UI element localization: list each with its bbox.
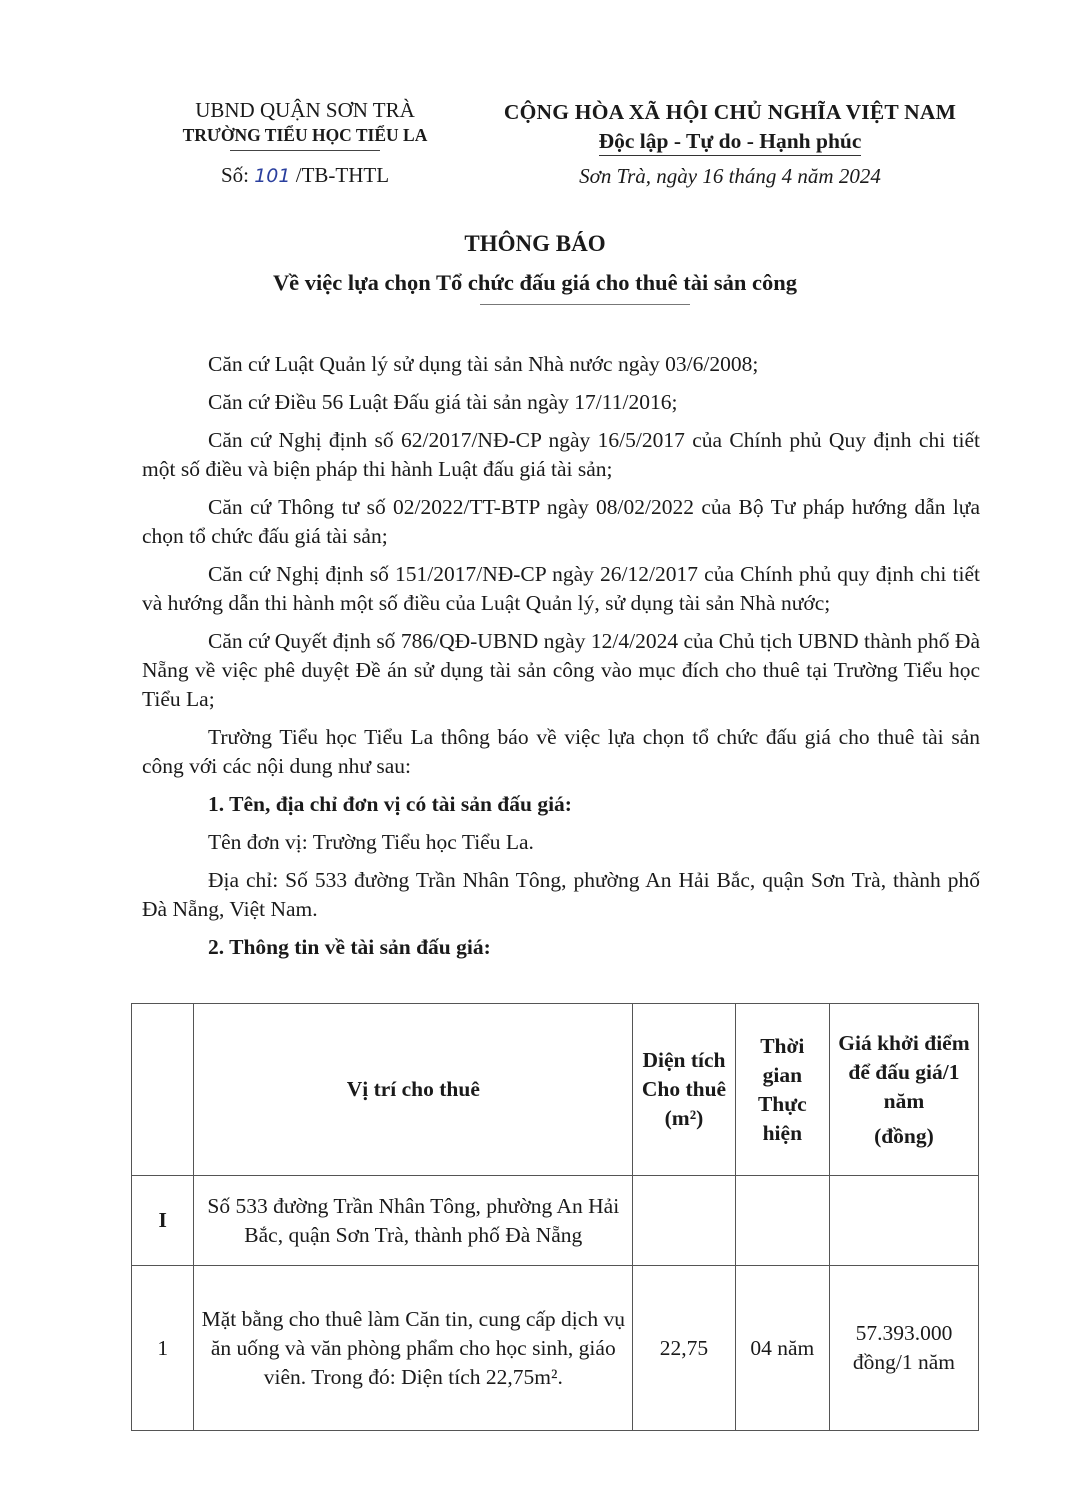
legal-basis-paragraph: Căn cứ Luật Quản lý sử dụng tài sản Nhà … — [142, 350, 980, 379]
asset-table: Vị trí cho thuê Diện tích Cho thuê (m²) … — [131, 1003, 979, 1431]
header-time: Thời gian Thực hiện — [735, 1004, 829, 1176]
row-time — [735, 1176, 829, 1266]
header-price: Giá khởi điểm để đấu giá/1 năm (đồng) — [829, 1004, 978, 1176]
nation-name: CỘNG HÒA XÃ HỘI CHỦ NGHĨA VIỆT NAM — [470, 98, 990, 126]
row-location: Số 533 đường Trần Nhân Tông, phường An H… — [194, 1176, 633, 1266]
row-price: 57.393.000 đồng/1 năm — [829, 1266, 978, 1431]
header-area: Diện tích Cho thuê (m²) — [633, 1004, 736, 1176]
header-area-line1: Diện tích — [639, 1046, 729, 1075]
row-area: 22,75 — [633, 1266, 736, 1431]
national-header-block: CỘNG HÒA XÃ HỘI CHỦ NGHĨA VIỆT NAM Độc l… — [470, 98, 990, 189]
table-header-row: Vị trí cho thuê Diện tích Cho thuê (m²) … — [132, 1004, 979, 1176]
doc-number-suffix: /TB-THTL — [296, 163, 389, 187]
issuing-agency-block: UBND QUẬN SƠN TRÀ TRƯỜNG TIỂU HỌC TIỂU L… — [140, 96, 470, 188]
document-body: Căn cứ Luật Quản lý sử dụng tài sản Nhà … — [142, 350, 980, 962]
row-stt: 1 — [132, 1266, 194, 1431]
header-price-line1: Giá khởi điểm để đấu giá/1 năm — [836, 1029, 972, 1116]
subtitle-divider — [480, 304, 690, 305]
handwritten-doc-number: 101 — [254, 165, 290, 187]
unit-address: Địa chỉ: Số 533 đường Trần Nhân Tông, ph… — [142, 866, 980, 924]
document-number: Số: 101 /TB-THTL — [140, 163, 470, 188]
header-stt — [132, 1004, 194, 1176]
legal-basis-paragraph: Căn cứ Thông tư số 02/2022/TT-BTP ngày 0… — [142, 493, 980, 551]
legal-basis-paragraph: Căn cứ Điều 56 Luật Đấu giá tài sản ngày… — [142, 388, 980, 417]
row-price — [829, 1176, 978, 1266]
agency-parent: UBND QUẬN SƠN TRÀ — [140, 96, 470, 124]
row-time: 04 năm — [735, 1266, 829, 1431]
national-motto: Độc lập - Tự do - Hạnh phúc — [470, 126, 990, 156]
header-location: Vị trí cho thuê — [194, 1004, 633, 1176]
document-subtitle: Về việc lựa chọn Tổ chức đấu giá cho thu… — [0, 270, 1070, 296]
header-area-line2: Cho thuê — [639, 1075, 729, 1104]
header-time-line2: Thực hiện — [742, 1090, 823, 1148]
place-date: Sơn Trà, ngày 16 tháng 4 năm 2024 — [470, 164, 990, 189]
agency-divider — [230, 150, 380, 151]
header-price-line2: (đồng) — [836, 1122, 972, 1151]
agency-name: TRƯỜNG TIỂU HỌC TIỂU LA — [140, 124, 470, 146]
header-area-unit: (m²) — [639, 1104, 729, 1133]
table-row: 1 Mặt bằng cho thuê làm Căn tin, cung cấ… — [132, 1266, 979, 1431]
table-row: I Số 533 đường Trần Nhân Tông, phường An… — [132, 1176, 979, 1266]
header-time-line1: Thời gian — [742, 1032, 823, 1090]
document-title: THÔNG BÁO — [0, 231, 1070, 257]
legal-basis-paragraph: Căn cứ Nghị định số 62/2017/NĐ-CP ngày 1… — [142, 426, 980, 484]
row-stt: I — [132, 1176, 194, 1266]
legal-basis-paragraph: Căn cứ Quyết định số 786/QĐ-UBND ngày 12… — [142, 627, 980, 714]
doc-number-prefix: Số: — [221, 163, 249, 187]
unit-name: Tên đơn vị: Trường Tiểu học Tiểu La. — [142, 828, 980, 857]
section-2-heading: 2. Thông tin về tài sản đấu giá: — [142, 933, 980, 962]
intro-paragraph: Trường Tiểu học Tiểu La thông báo về việ… — [142, 723, 980, 781]
motto-text: Độc lập - Tự do - Hạnh phúc — [599, 129, 862, 156]
row-location: Mặt bằng cho thuê làm Căn tin, cung cấp … — [194, 1266, 633, 1431]
section-1-heading: 1. Tên, địa chỉ đơn vị có tài sản đấu gi… — [142, 790, 980, 819]
row-area — [633, 1176, 736, 1266]
legal-basis-paragraph: Căn cứ Nghị định số 151/2017/NĐ-CP ngày … — [142, 560, 980, 618]
